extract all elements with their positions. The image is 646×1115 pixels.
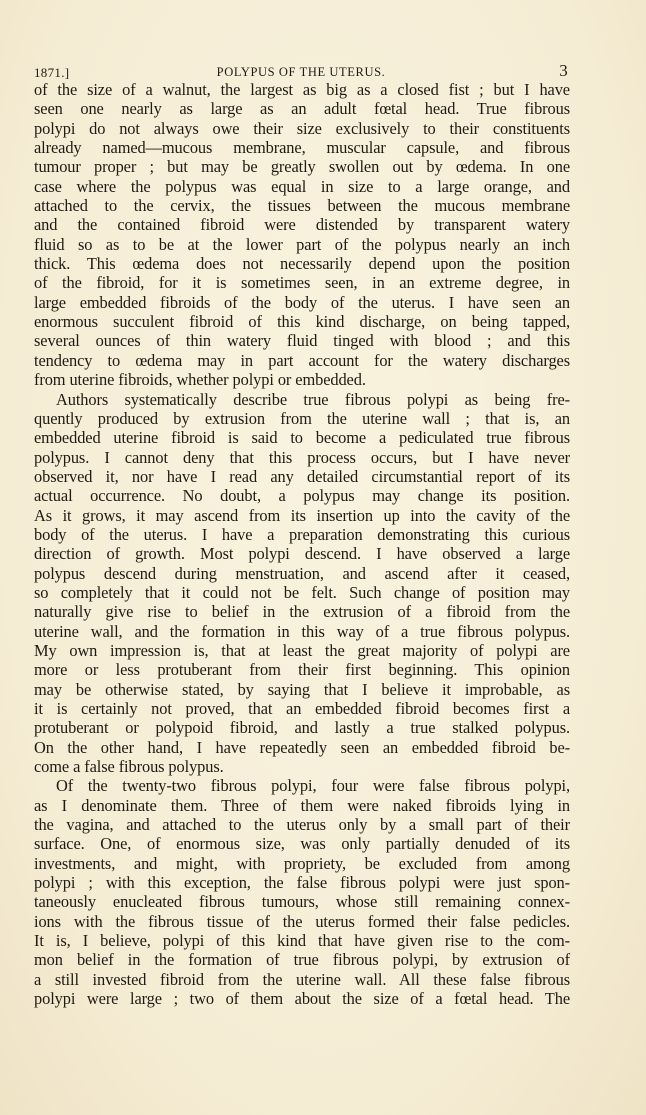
text-line: come a false fibrous polypus. [34,757,570,776]
text-line: uterine wall, and the formation in this … [34,622,570,641]
text-line: it is certainly not proved, that an embe… [34,699,570,718]
page-body-text: of the size of a walnut, the largest as … [34,80,570,1009]
text-line: and the contained fibroid were distended… [34,215,570,234]
text-line: polypus descend during menstruation, and… [34,564,570,583]
text-line: may be otherwise stated, by saying that … [34,680,570,699]
text-line: My own impression is, that at least the … [34,641,570,660]
text-line: embedded uterine fibroid is said to beco… [34,428,570,447]
text-line: the vagina, and attached to the uterus o… [34,815,570,834]
header-running-title: POLYPUS OF THE UTERUS. [34,65,568,80]
text-line: more or less protuberant from their firs… [34,660,570,679]
text-line: thick. This œdema does not necessarily d… [34,254,570,273]
text-line: already named—mucous membrane, muscular … [34,138,570,157]
text-line: polypi were large ; two of them about th… [34,989,570,1008]
text-line: tumour proper ; but may be greatly swoll… [34,157,570,176]
text-line: a still invested fibroid from the uterin… [34,970,570,989]
text-line: Of the twenty-two fibrous polypi, four w… [34,776,570,795]
text-line: large embedded fibroids of the body of t… [34,293,570,312]
text-line: fluid so as to be at the lower part of t… [34,235,570,254]
text-line: body of the uterus. I have a preparation… [34,525,570,544]
text-line: As it grows, it may ascend from its inse… [34,506,570,525]
text-line: quently produced by extrusion from the u… [34,409,570,428]
text-line: investments, and might, with propriety, … [34,854,570,873]
text-line: case where the polypus was equal in size… [34,177,570,196]
text-line: several ounces of thin watery fluid ting… [34,331,570,350]
text-line: attached to the cervix, the tissues betw… [34,196,570,215]
text-line: from uterine fibroids, whether polypi or… [34,370,570,389]
text-line: direction of growth. Most polypi descend… [34,544,570,563]
page-number: 3 [559,61,568,81]
text-line: ions with the fibrous tissue of the uter… [34,912,570,931]
text-line: seen one nearly as large as an adult fœt… [34,99,570,118]
text-line: polypi do not always owe their size excl… [34,119,570,138]
text-line: so completely that it could not be felt.… [34,583,570,602]
text-line: polypus. I cannot deny that this process… [34,448,570,467]
text-line: as I denominate them. Three of them were… [34,796,570,815]
text-line: naturally give rise to belief in the ext… [34,602,570,621]
text-line: surface. One, of enormous size, was only… [34,834,570,853]
text-line: protuberant or polypoid fibroid, and las… [34,718,570,737]
text-line: Authors systematically describe true fib… [34,390,570,409]
text-line: of the fibroid, for it is sometimes seen… [34,273,570,292]
text-line: It is, I believe, polypi of this kind th… [34,931,570,950]
text-line: On the other hand, I have repeatedly see… [34,738,570,757]
text-line: taneously enucleated fibrous tumours, wh… [34,892,570,911]
text-line: of the size of a walnut, the largest as … [34,80,570,99]
text-line: tendency to œdema may in part account fo… [34,351,570,370]
text-line: actual occurrence. No doubt, a polypus m… [34,486,570,505]
text-line: mon belief in the formation of true fibr… [34,950,570,969]
text-line: polypi ; with this exception, the false … [34,873,570,892]
text-line: enormous succulent fibroid of this kind … [34,312,570,331]
text-line: observed it, nor have I read any detaile… [34,467,570,486]
